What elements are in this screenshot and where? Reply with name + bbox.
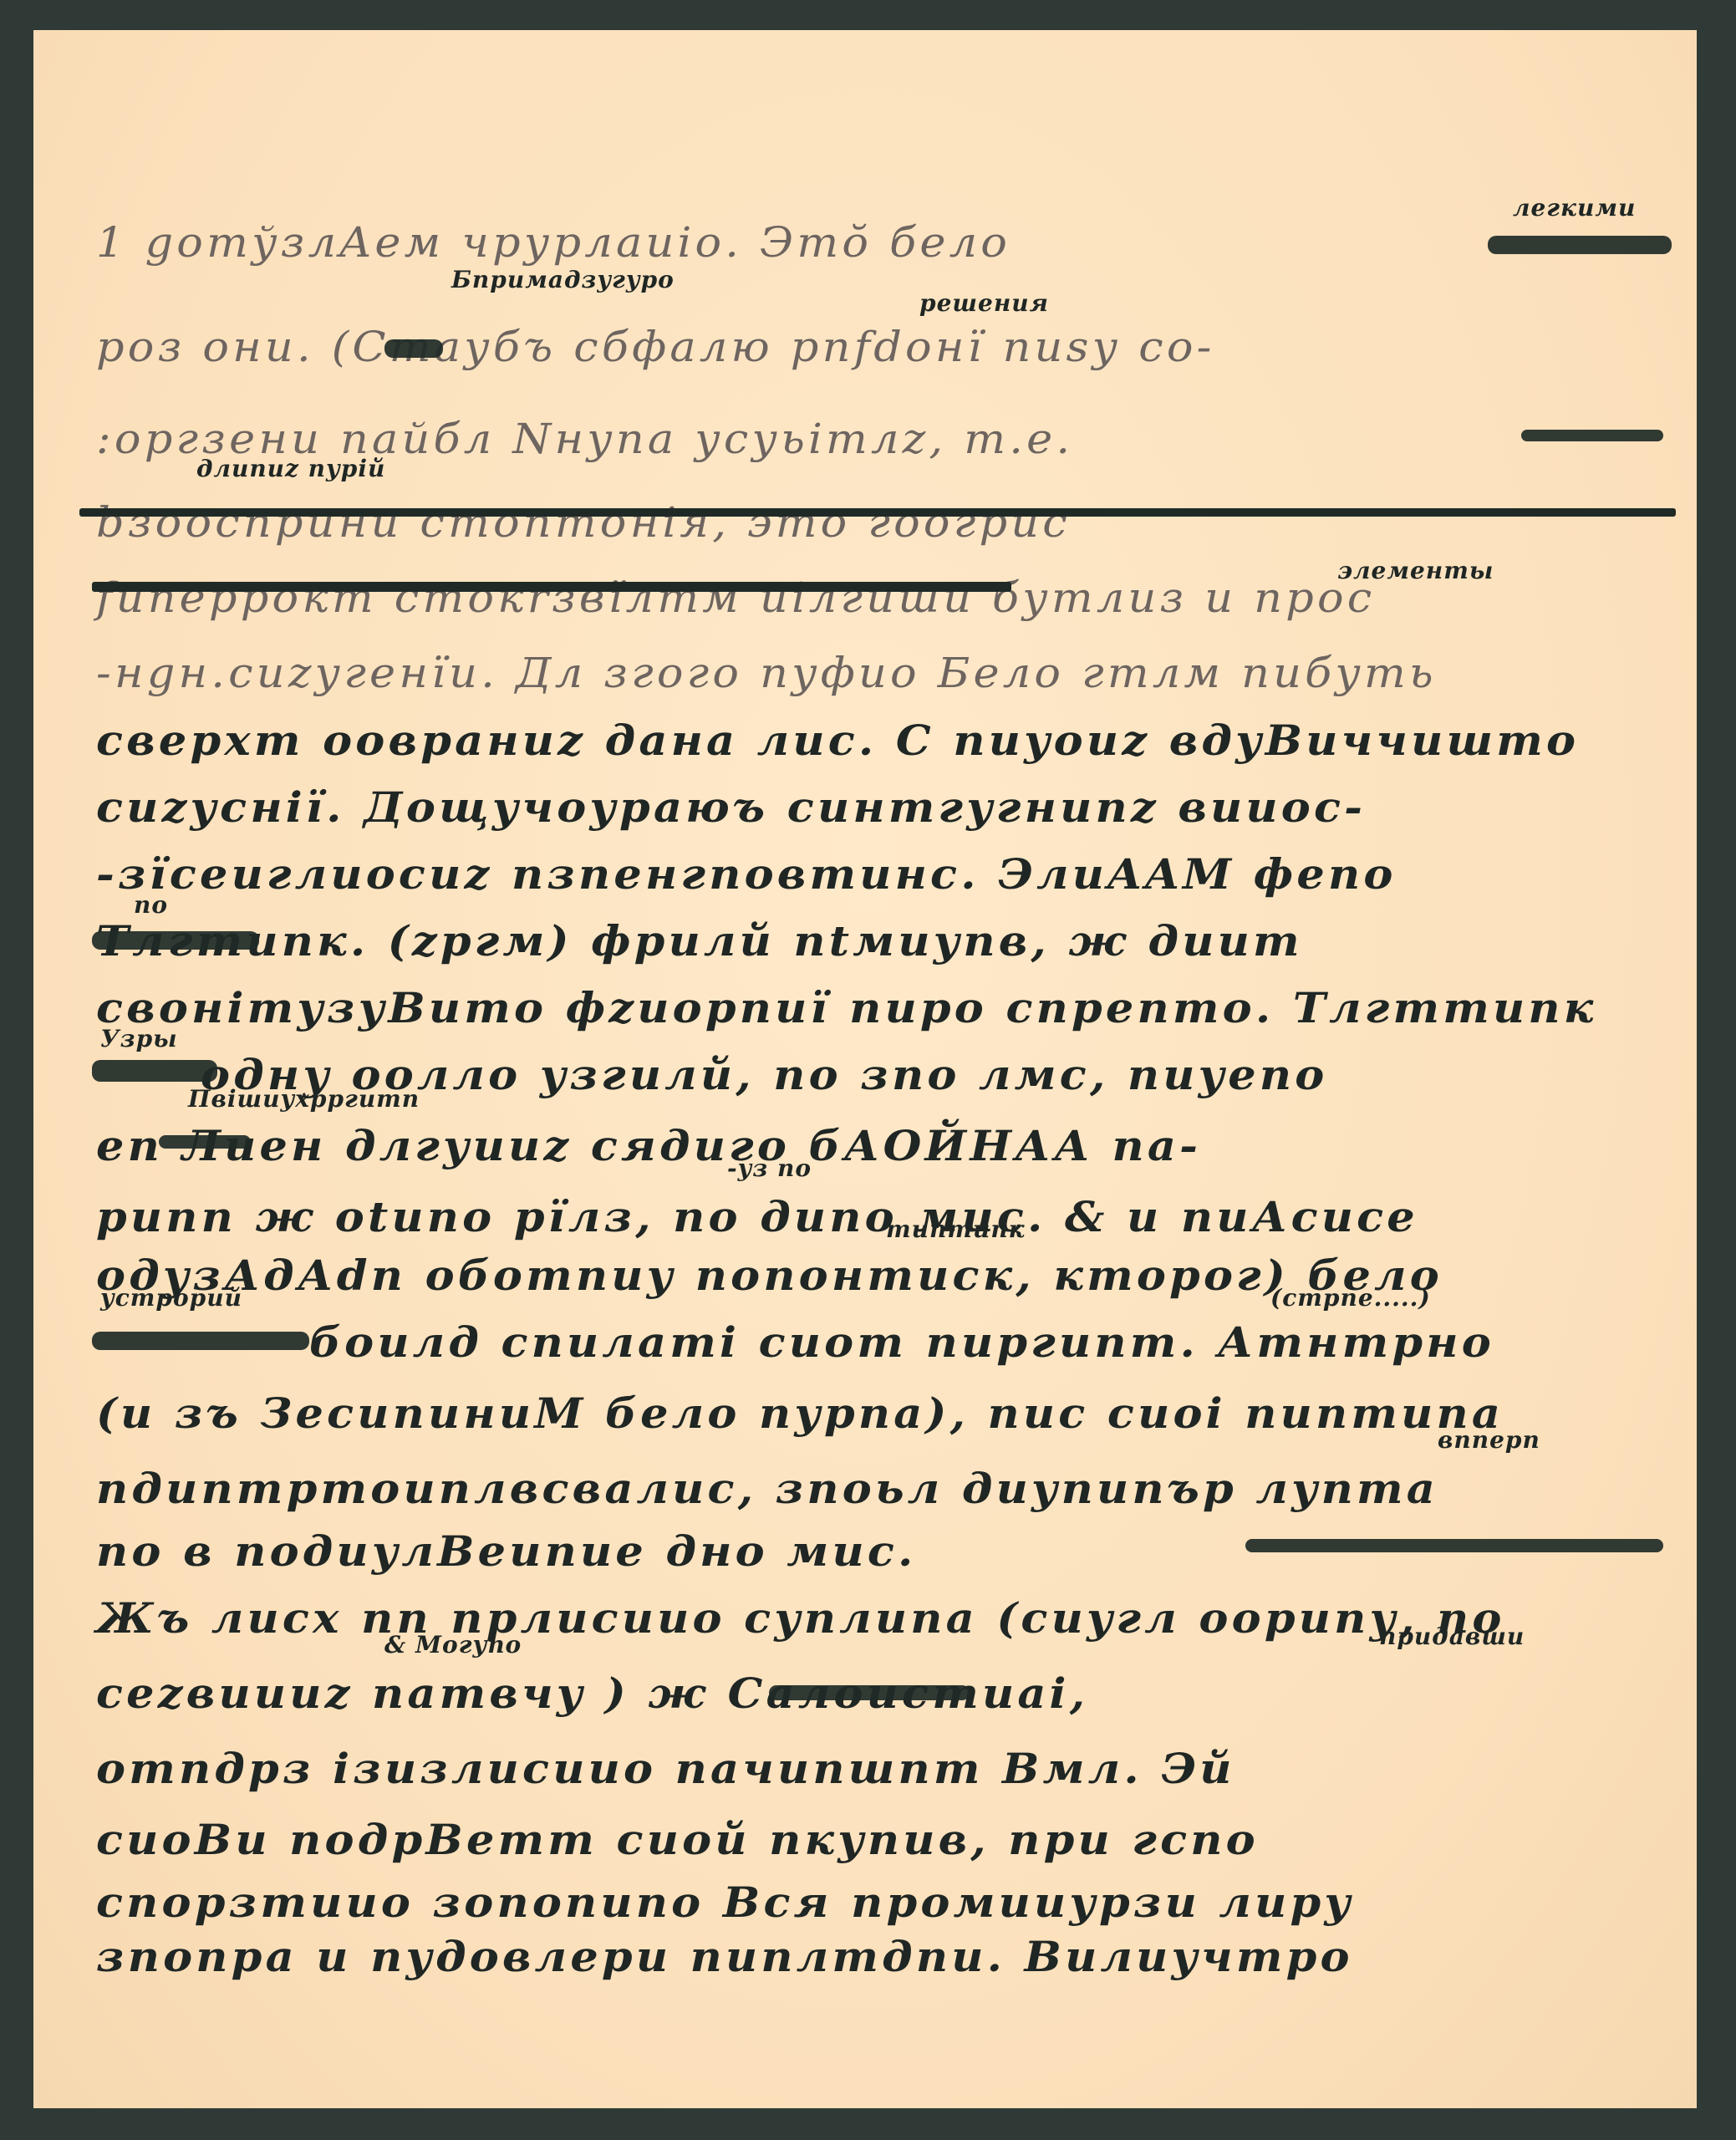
strikethrough-mark	[384, 339, 443, 358]
insertion-above-line-1: легкими	[1513, 194, 1636, 222]
insertion-above-line-18: впперп	[1438, 1426, 1540, 1454]
manuscript-line-16: боилд спилаті сиот пиргипт. Атнтрно	[309, 1317, 1494, 1367]
strikethrough-mark	[1521, 430, 1663, 441]
manuscript-line-23: сиоВи подрВетт сиой пкупив, при гспо	[96, 1815, 1259, 1864]
strikethrough-mark	[769, 1685, 970, 1700]
manuscript-line-7: сверхт оовраниz дана лис. С пиуоиz вдуВи…	[96, 716, 1579, 765]
manuscript-line-22: отпдрз ізизлисиио пачипшпт Вмл. Эй	[96, 1744, 1235, 1793]
strikethrough-line	[92, 582, 1011, 592]
manuscript-line-6: -нgн.сиzугенїи. Дл згого пуфио Бело гтлм…	[96, 649, 1437, 697]
strikethrough-mark	[159, 1135, 251, 1149]
manuscript-line-9: -зїсеиглиосиz пзпенгnoвтинс. ЭлиAAM фепо	[96, 849, 1397, 899]
insertion-above-line-14: -уз по	[727, 1154, 812, 1182]
insertion-above-line-2b: решения	[919, 289, 1049, 317]
insertion-above-line-5: элементы	[1337, 557, 1494, 584]
insertion-above-line-15: типтипк	[886, 1215, 1026, 1243]
insertion-above-line-16a: устрорий	[100, 1284, 242, 1312]
insertion-above-line-13: Пвішиухрргитп	[188, 1085, 420, 1113]
manuscript-page: 1 gотўзлAем чрурлаиіо. Этŏ бело легкими …	[33, 30, 1697, 2108]
manuscript-line-8: сиzуснії. Дощучоураюъ синтгугнипz вииос-	[96, 782, 1366, 832]
manuscript-line-19: по в подиулВеипие дно мис.	[96, 1526, 916, 1576]
manuscript-line-1: 1 gотўзлAем чрурлаиіо. Этŏ бело	[96, 218, 1011, 267]
insertion-above-line-16b: (стрпе.....)	[1270, 1284, 1431, 1312]
manuscript-line-11: свонітузуВито фzиорпиї пиро спрепто. Тлг…	[96, 983, 1596, 1032]
manuscript-line-18: пдиптртоиплвсвалис, зпоьл диупипър лупта	[96, 1464, 1438, 1513]
insertion-above-line-4: длипиz пурій	[196, 455, 385, 482]
strikethrough-mark	[1245, 1539, 1663, 1552]
strikethrough-mark	[1488, 236, 1672, 254]
manuscript-line-17: (и зъ ЗесипиниМ бело пурпа), пис сиоі пи…	[96, 1388, 1504, 1438]
manuscript-line-10: Тлгтипк. (zргм) фpилй пtмиупв, ж диит	[96, 916, 1303, 966]
insertion-above-line-21a: & Могупо	[384, 1631, 522, 1658]
strikethrough-line	[79, 508, 1676, 517]
manuscript-line-13: еп Лиен длгуииz сядиго бАОЙНАА па-	[96, 1121, 1201, 1170]
strikethrough-mark	[92, 1060, 217, 1082]
manuscript-line-20: Жъ лисх пп прлисиио суплипа (сиугл оорип…	[96, 1593, 1505, 1643]
insertion-above-line-2a: Бпримадзугуро	[451, 266, 675, 293]
manuscript-line-5: fиперрокт сmокrзвїлтм иілгиши бутлиз и п…	[96, 573, 1375, 622]
strikethrough-mark	[92, 1332, 309, 1350]
manuscript-line-2: роз они. (Стаубъ сбфалю рпfdoнї пиsу со-	[96, 323, 1215, 371]
strikethrough-mark	[92, 931, 259, 950]
insertion-above-line-12: Узры	[100, 1025, 178, 1052]
manuscript-line-25: зпопра и пудовлери пиплтдпи. Вилиучтро	[96, 1932, 1353, 1981]
insertion-above-line-10: по	[134, 891, 168, 919]
insertion-above-line-21b: придавши	[1379, 1623, 1525, 1650]
manuscript-line-15: одузАдАdn оботпиу попонтиск, кторог) бел…	[96, 1251, 1443, 1300]
manuscript-line-24: спорзтиио зопопипо Вся промииурзи лиру	[96, 1878, 1354, 1927]
manuscript-line-4: bзоосприни стоптонія, это гоогрис	[96, 498, 1071, 547]
manuscript-line-14: рипп ж оtипо рїлз, по дипо мис. & и пиАс…	[96, 1192, 1418, 1241]
